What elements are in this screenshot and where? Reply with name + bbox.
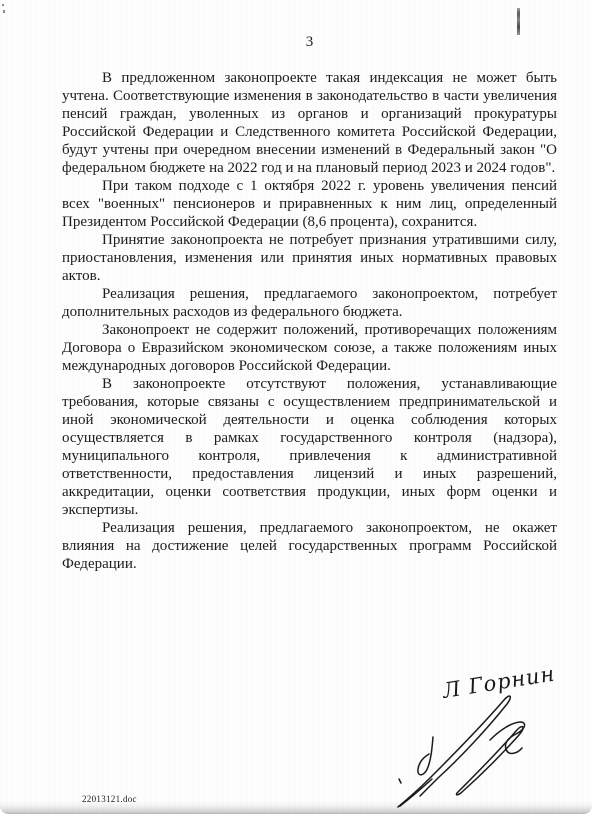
page-number: 3 bbox=[62, 33, 557, 51]
paragraph: Реализация решения, предлагаемого законо… bbox=[62, 285, 557, 321]
signature-flourish bbox=[398, 696, 525, 807]
paragraph: Реализация решения, предлагаемого законо… bbox=[62, 519, 557, 573]
signature: Л Горнин bbox=[340, 650, 592, 814]
paragraph: В законопроекте отсутствуют положения, у… bbox=[62, 375, 557, 519]
scan-speck bbox=[3, 10, 5, 13]
scan-speck bbox=[2, 4, 4, 6]
paragraph: Принятие законопроекта не потребует приз… bbox=[62, 231, 557, 285]
paragraph: Законопроект не содержит положений, прот… bbox=[62, 321, 557, 375]
document-page: 3 В предложенном законопроекте такая инд… bbox=[0, 0, 592, 814]
document-body: В предложенном законопроекте такая индек… bbox=[62, 69, 557, 573]
paragraph: При таком подходе с 1 октября 2022 г. ур… bbox=[62, 177, 557, 231]
footer-filename: 22013121.doc bbox=[82, 794, 137, 804]
paragraph: В предложенном законопроекте такая индек… bbox=[62, 69, 557, 177]
signature-name: Л Горнин bbox=[440, 661, 557, 703]
scan-artifact-line bbox=[517, 8, 520, 35]
